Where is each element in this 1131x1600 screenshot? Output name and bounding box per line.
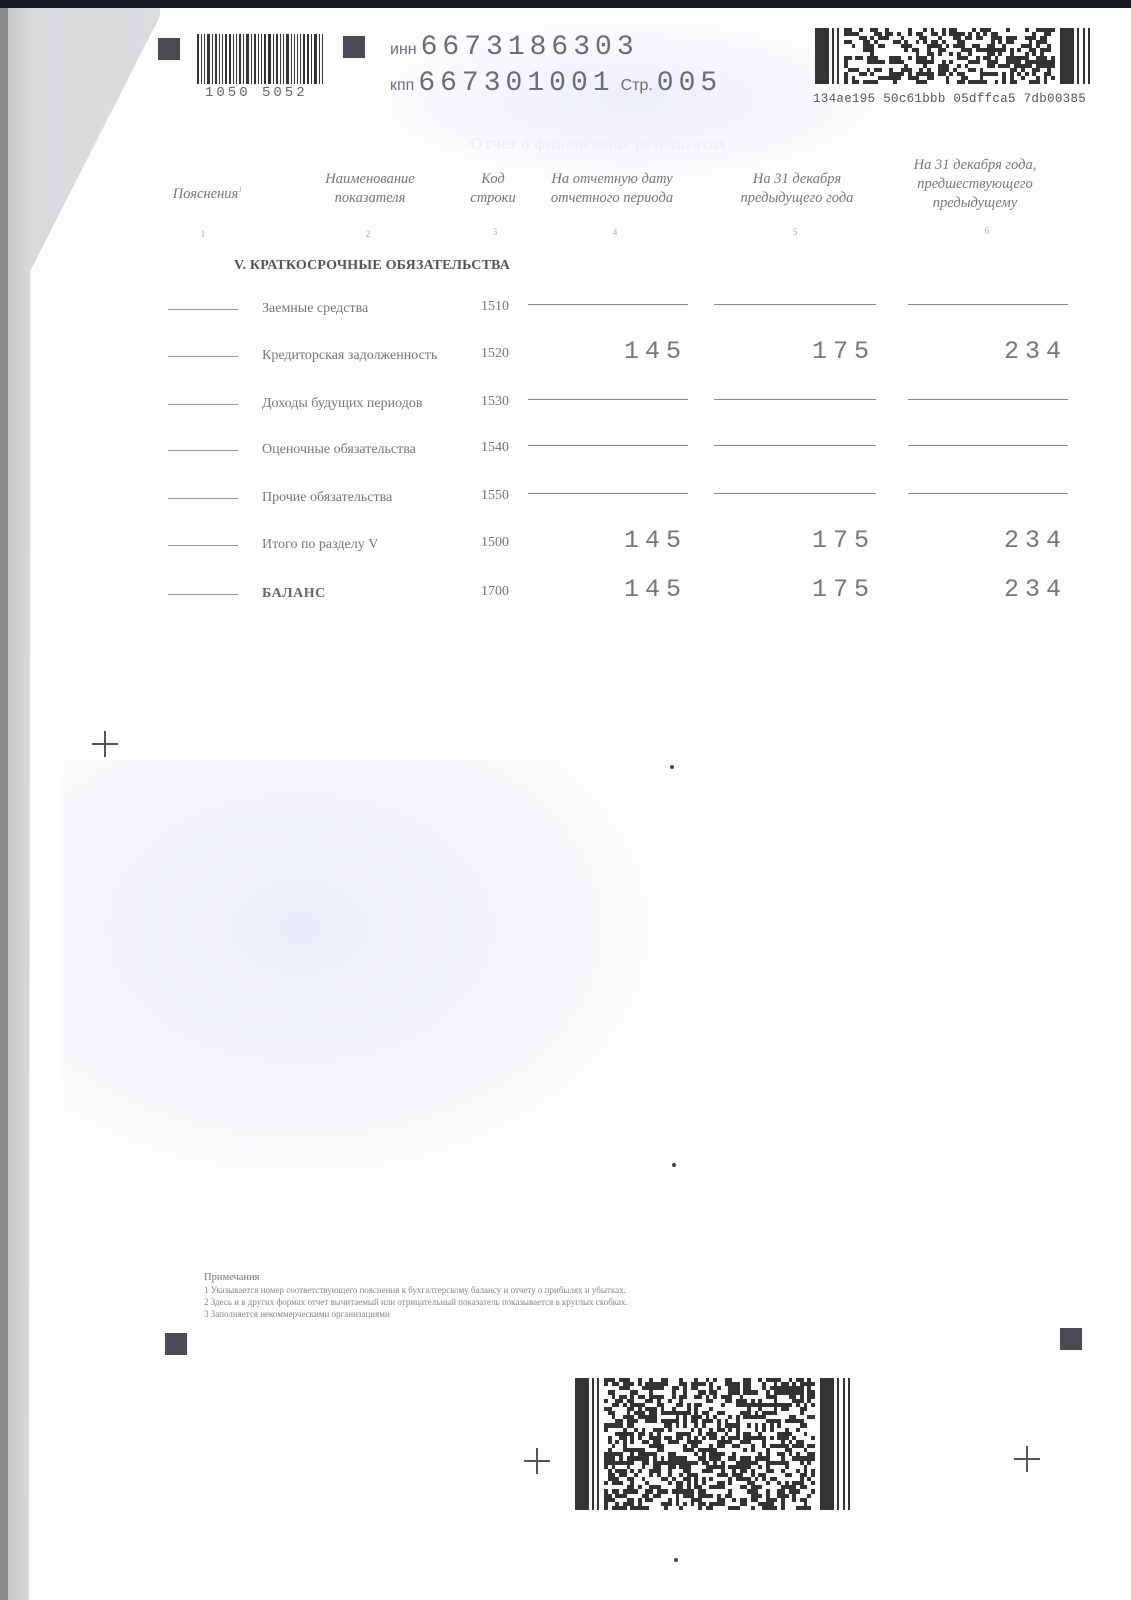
scan-tint <box>60 760 660 1180</box>
inn-label: ИНН <box>390 41 417 58</box>
column-header-line-code: Код строки <box>462 170 524 208</box>
inn-row: ИНН 6673186303 <box>390 32 639 63</box>
empty-value-col4[interactable] <box>528 399 688 400</box>
row-value-col5[interactable]: 175 <box>715 575 875 604</box>
row-code: 1510 <box>481 299 509 315</box>
registration-marker <box>1060 1328 1082 1350</box>
inn-value: 6673186303 <box>421 32 639 63</box>
column-number: 1 <box>188 229 218 239</box>
row-label: Прочие обязательства <box>262 490 392 506</box>
notes-placeholder-dash <box>168 594 238 595</box>
row-code: 1540 <box>481 440 509 456</box>
row-label: Кредиторская задолженность <box>262 348 437 364</box>
row-value-col4[interactable]: 145 <box>527 337 687 366</box>
column-header-indicator: Наименование показателя <box>300 170 440 208</box>
row-value-col6[interactable]: 234 <box>907 526 1067 555</box>
scan-top-edge <box>0 0 1131 8</box>
crosshair-mark <box>524 1448 550 1474</box>
empty-value-col5[interactable] <box>714 445 876 446</box>
row-code: 1520 <box>481 346 509 362</box>
scan-speck <box>670 765 674 769</box>
scan-speck <box>672 1163 676 1167</box>
row-value-col4[interactable]: 145 <box>527 526 687 555</box>
column-number: 2 <box>353 229 383 239</box>
notes-placeholder-dash <box>168 450 238 451</box>
empty-value-col5[interactable] <box>714 493 876 494</box>
row-code: 1500 <box>481 535 509 551</box>
row-label: Заемные средства <box>262 301 368 317</box>
footnote: 1 Указывается номер соответствующего поя… <box>204 1284 628 1296</box>
column-number: 3 <box>480 227 510 237</box>
barcode-number: 1050 5052 <box>205 85 308 101</box>
notes-placeholder-dash <box>168 309 238 310</box>
empty-value-col6[interactable] <box>908 493 1068 494</box>
empty-value-col4[interactable] <box>528 304 688 305</box>
footnotes-title: Примечания <box>204 1272 628 1284</box>
row-label: Доходы будущих периодов <box>262 396 422 412</box>
row-label: Итого по разделу V <box>262 537 378 553</box>
registration-marker <box>343 36 365 58</box>
row-code: 1550 <box>481 488 509 504</box>
column-header-reporting-date: На отчетную дату отчетного периода <box>532 170 692 208</box>
column-number: 6 <box>972 226 1002 236</box>
footnotes: Примечания 1 Указывается номер соответст… <box>204 1272 628 1320</box>
row-label: Оценочные обязательства <box>262 442 416 458</box>
empty-value-col4[interactable] <box>528 445 688 446</box>
empty-value-col6[interactable] <box>908 304 1068 305</box>
empty-value-col4[interactable] <box>528 493 688 494</box>
notes-placeholder-dash <box>168 356 238 357</box>
linear-barcode <box>197 34 323 84</box>
empty-value-col5[interactable] <box>714 399 876 400</box>
scan-speck <box>674 1558 678 1562</box>
row-code: 1530 <box>481 394 509 410</box>
footnote: 2 Здесь и в других формах отчет вычитаем… <box>204 1296 628 1308</box>
empty-value-col6[interactable] <box>908 399 1068 400</box>
pdf417-barcode-top <box>815 28 1090 84</box>
row-value-col6[interactable]: 234 <box>907 575 1067 604</box>
row-code: 1700 <box>481 584 509 600</box>
column-header-notes: Пояснения1 <box>160 180 255 204</box>
scan-left-edge <box>0 8 8 1600</box>
pdf417-barcode-bottom <box>575 1378 850 1510</box>
column-number: 5 <box>780 227 810 237</box>
page-label: Стр. <box>621 77 653 94</box>
column-header-prev-year: На 31 декабря предыдущего года <box>722 170 872 208</box>
column-number: 4 <box>600 227 630 237</box>
row-value-col4[interactable]: 145 <box>527 575 687 604</box>
notes-placeholder-dash <box>168 498 238 499</box>
row-value-col5[interactable]: 175 <box>715 337 875 366</box>
row-value-col5[interactable]: 175 <box>715 526 875 555</box>
empty-value-col5[interactable] <box>714 304 876 305</box>
row-value-col6[interactable]: 234 <box>907 337 1067 366</box>
crosshair-mark <box>92 731 118 757</box>
document-hash: 134ae195 50c61bbb 05dffca5 7db00385 <box>813 92 1086 106</box>
registration-marker <box>165 1333 187 1355</box>
registration-marker <box>158 38 180 60</box>
section-title: V. КРАТКОСРОЧНЫЕ ОБЯЗАТЕЛЬСТВА <box>234 258 510 274</box>
crosshair-mark <box>1014 1446 1040 1472</box>
kpp-row: КПП 667301001 Стр. 005 <box>390 68 722 99</box>
empty-value-col6[interactable] <box>908 445 1068 446</box>
kpp-label: КПП <box>390 77 414 94</box>
kpp-value: 667301001 <box>418 68 614 99</box>
notes-placeholder-dash <box>168 545 238 546</box>
column-header-year-before-prev: На 31 декабря года, предшествующего пред… <box>895 156 1055 213</box>
bleed-through-title: Отчет о финансовых результатах <box>470 134 726 154</box>
page-number: 005 <box>657 68 722 99</box>
row-label: БАЛАНС <box>262 586 326 602</box>
notes-placeholder-dash <box>168 404 238 405</box>
footnote: 3 Заполняется некоммерческими организаци… <box>204 1308 628 1320</box>
